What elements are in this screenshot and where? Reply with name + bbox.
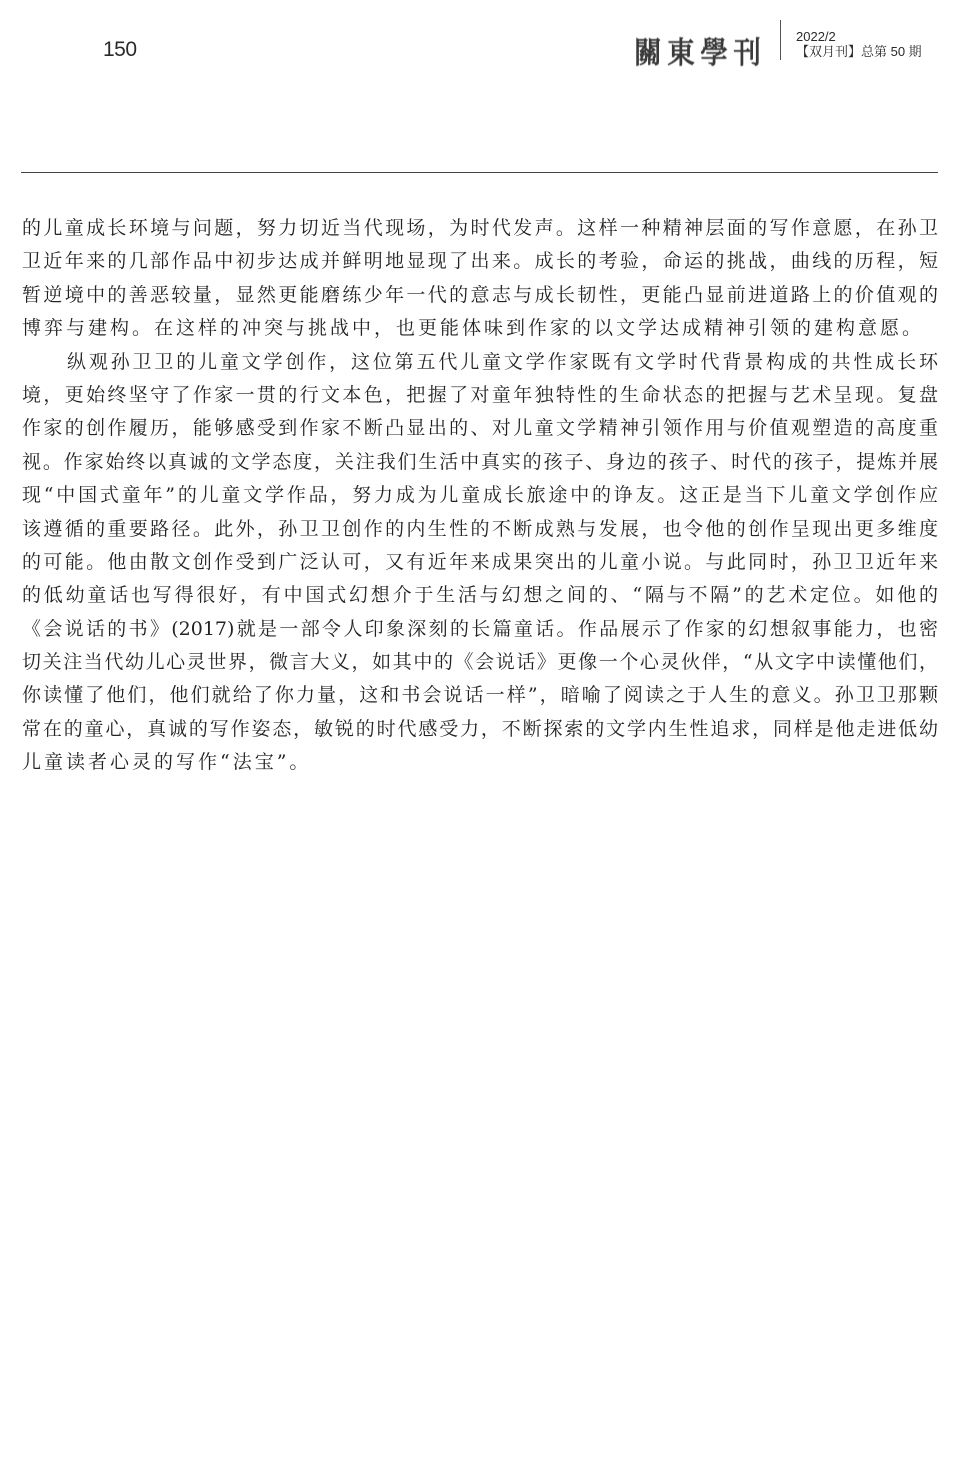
issue-detail: 【双月刊】总第 50 期 [796,44,922,59]
issue-year: 2022/2 [796,29,922,44]
paragraph-2: 纵观孙卫卫的儿童文学创作，这位第五代儿童文学作家既有文学时代背景构成的共性成长环… [22,346,938,780]
text-line: 现“中国式童年”的儿童文学作品，努力成为儿童成长旅途中的诤友。这正是当下儿童文学… [22,479,938,512]
text-line: 境，更始终坚守了作家一贯的行文本色，把握了对童年独特性的生命状态的把握与艺术呈现… [22,379,938,412]
text-line: 你读懂了他们，他们就给了你力量，这和书会说话一样”，暗喻了阅读之于人生的意义。孙… [22,679,938,712]
text-line: 博弈与建构。在这样的冲突与挑战中，也更能体味到作家的以文学达成精神引领的建构意愿… [22,312,938,345]
text-line: 切关注当代幼儿心灵世界，微言大义，如其中的《会说话》更像一个心灵伙伴，“从文字中… [22,646,938,679]
journal-logo: 關東學刊 [634,28,766,72]
text-line: 作家的创作履历，能够感受到作家不断凸显出的、对儿童文学精神引领作用与价值观塑造的… [22,412,938,445]
page-number: 150 [103,38,137,62]
text-line: 的低幼童话也写得很好，有中国式幻想介于生活与幻想之间的、“隔与不隔”的艺术定位。… [22,579,938,612]
text-line: 常在的童心，真诚的写作姿态，敏锐的时代感受力，不断探索的文学内生性追求，同样是他… [22,713,938,746]
paragraph-1: 的儿童成长环境与问题，努力切近当代现场，为时代发声。这样一种精神层面的写作意愿，… [22,212,938,346]
text-line: 纵观孙卫卫的儿童文学创作，这位第五代儿童文学作家既有文学时代背景构成的共性成长环 [22,346,938,379]
header-vertical-divider [780,20,781,60]
text-line: 视。作家始终以真诚的文学态度，关注我们生活中真实的孩子、身边的孩子、时代的孩子，… [22,446,938,479]
text-line: 儿童读者心灵的写作“法宝”。 [22,746,938,779]
issue-info: 2022/2 【双月刊】总第 50 期 [796,29,922,59]
text-line: 该遵循的重要路径。此外，孙卫卫创作的内生性的不断成熟与发展，也令他的创作呈现出更… [22,513,938,546]
text-line: 的可能。他由散文创作受到广泛认可，又有近年来成果突出的儿童小说。与此同时，孙卫卫… [22,546,938,579]
header-rule [21,172,938,173]
text-line: 《会说话的书》(2017)就是一部令人印象深刻的长篇童话。作品展示了作家的幻想叙… [22,613,938,646]
article-body: 的儿童成长环境与问题，努力切近当代现场，为时代发声。这样一种精神层面的写作意愿，… [22,212,938,780]
text-line: 卫近年来的几部作品中初步达成并鲜明地显现了出来。成长的考验，命运的挑战，曲线的历… [22,245,938,278]
text-line: 暂逆境中的善恶较量，显然更能磨练少年一代的意志与成长韧性，更能凸显前进道路上的价… [22,279,938,312]
text-line: 的儿童成长环境与问题，努力切近当代现场，为时代发声。这样一种精神层面的写作意愿，… [22,212,938,245]
